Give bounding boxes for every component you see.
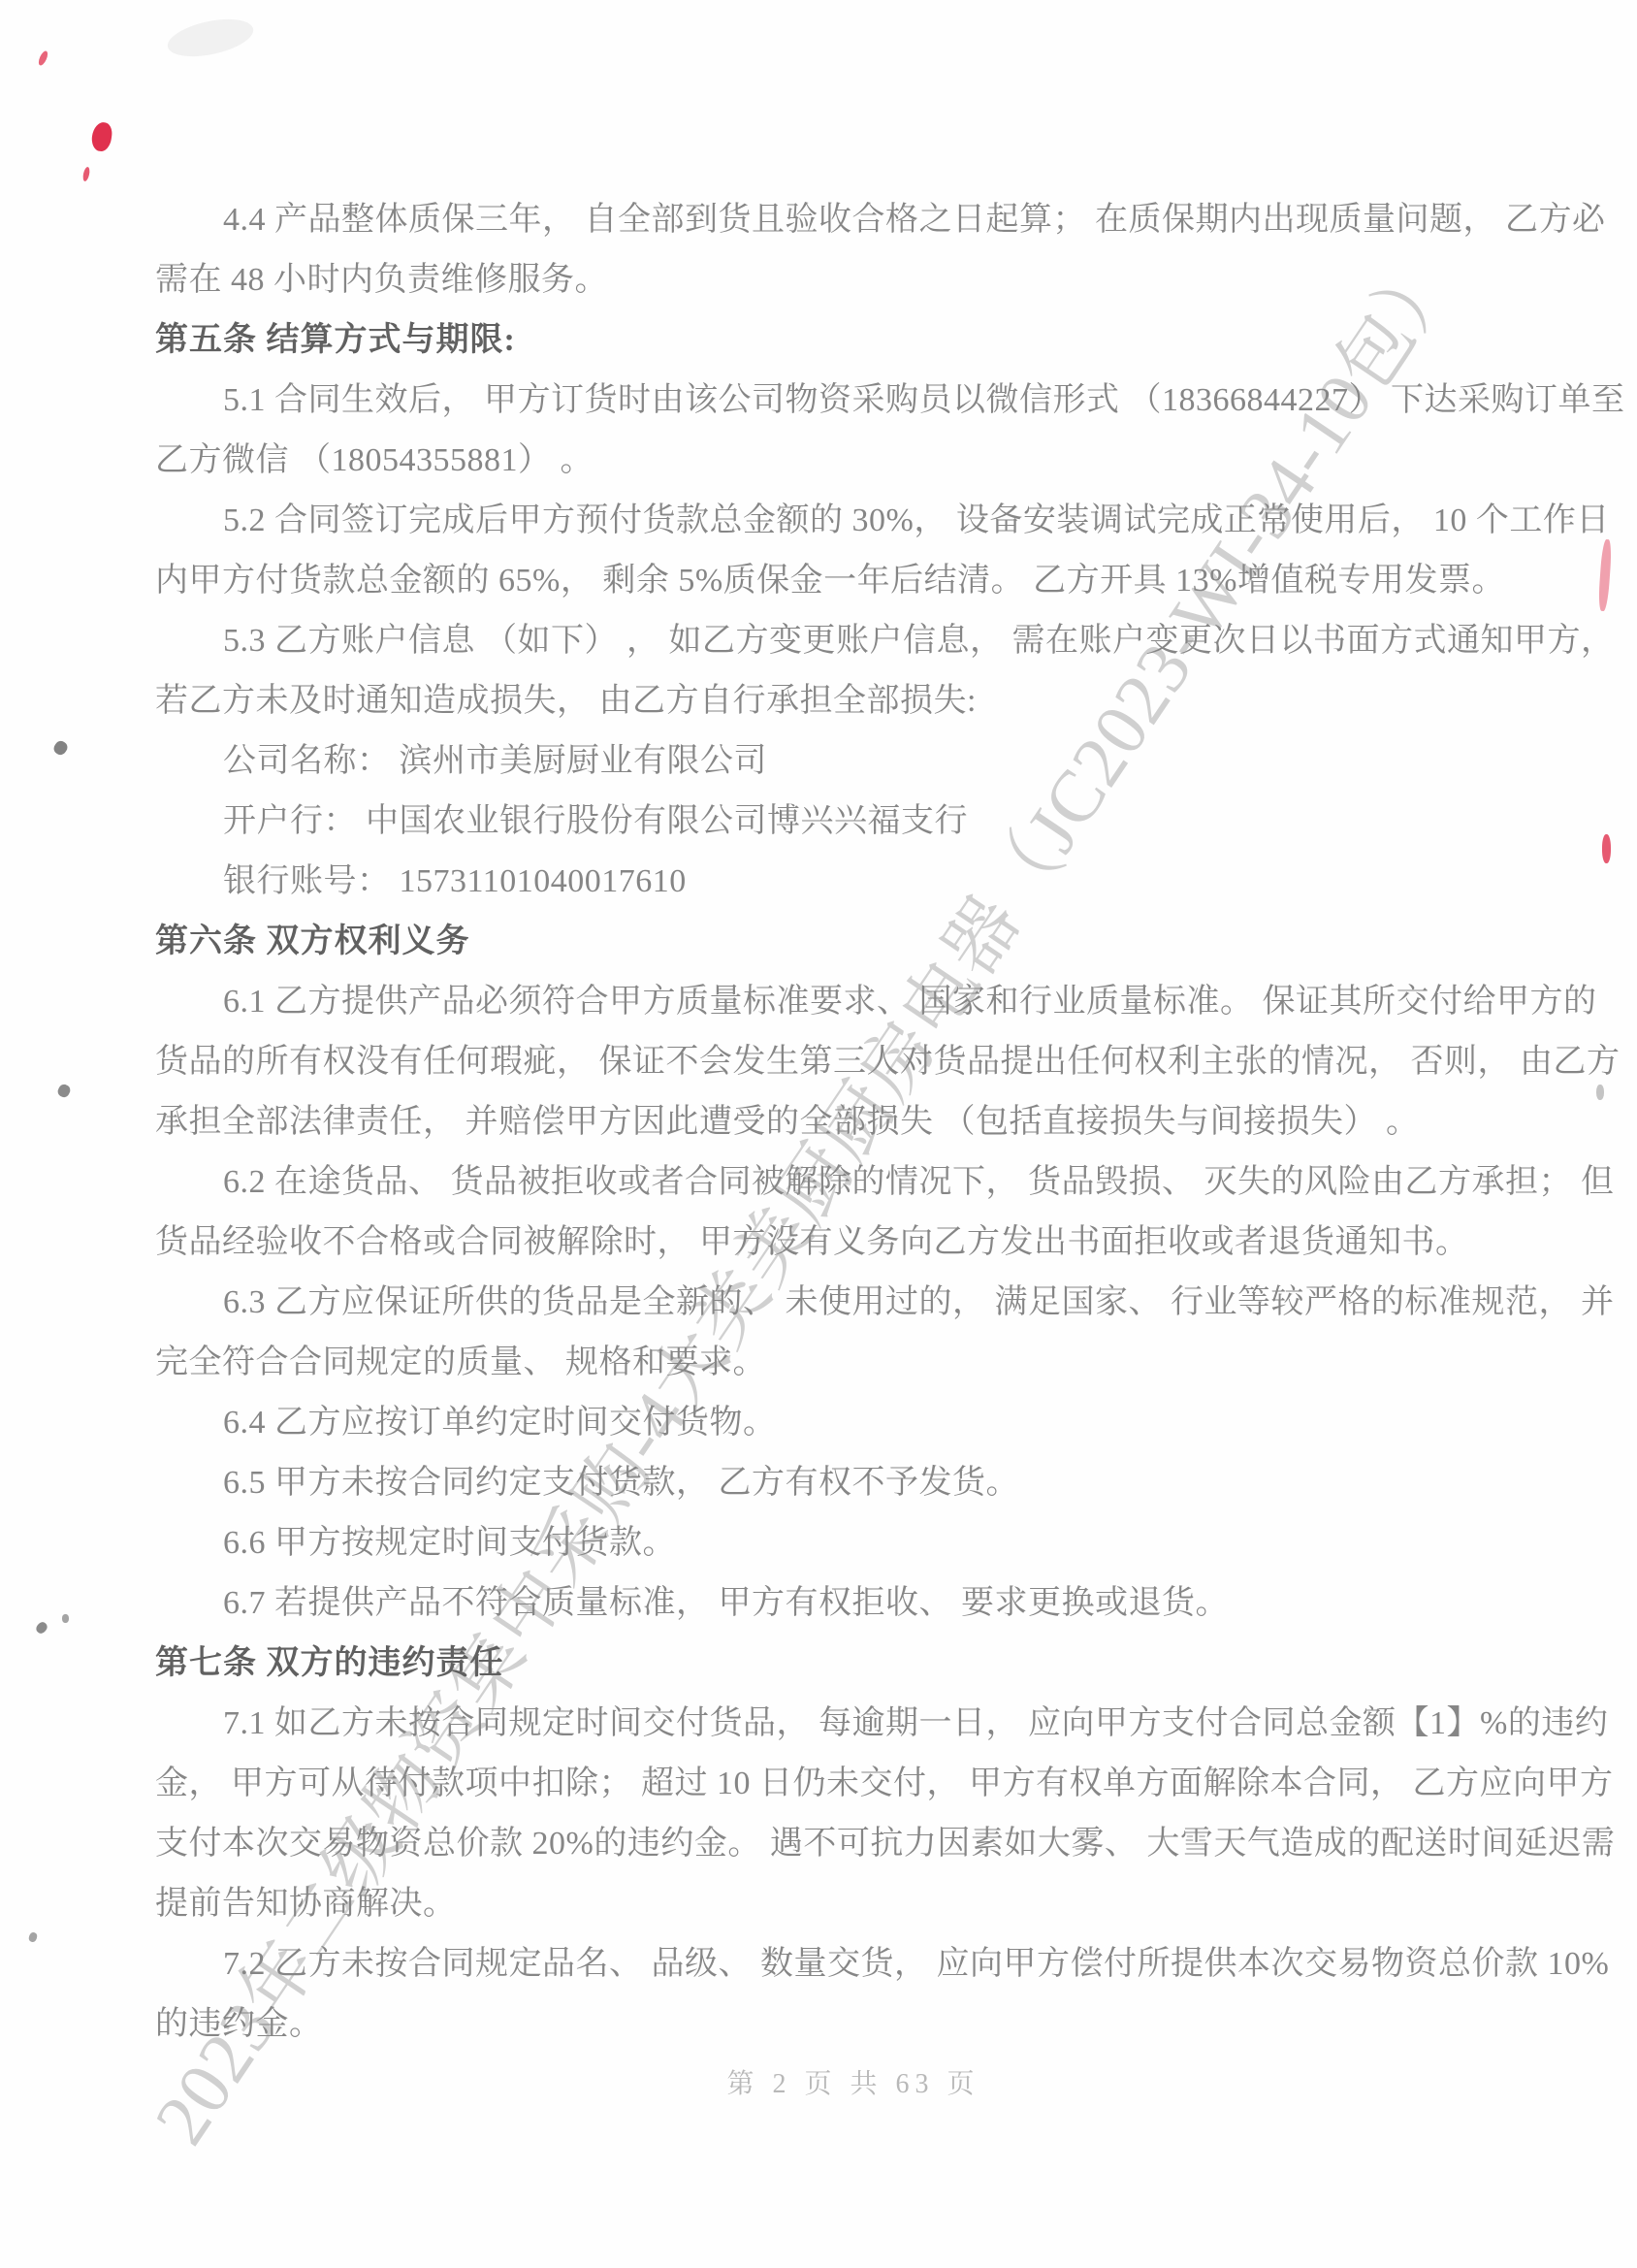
- contract-line: 6.6 甲方按规定时间支付货款。: [155, 1513, 1561, 1573]
- contract-line: 完全符合合同规定的质量、 规格和要求。: [155, 1333, 1561, 1393]
- contract-line: 若乙方未及时通知造成损失， 由乙方自行承担全部损失:: [155, 671, 1561, 731]
- scan-smudge: [164, 13, 256, 63]
- document-body: 4.4 产品整体质保三年， 自全部到货且验收合格之日起算； 在质保期内出现质量问…: [155, 190, 1561, 2055]
- contract-line: 6.3 乙方应保证所供的货品是全新的、 未使用过的， 满足国家、 行业等较严格的…: [155, 1273, 1561, 1333]
- contract-line: 5.2 合同签订完成后甲方预付货款总金额的 30%， 设备安装调试完成正常使用后…: [155, 491, 1561, 551]
- contract-line: 4.4 产品整体质保三年， 自全部到货且验收合格之日起算； 在质保期内出现质量问…: [155, 190, 1561, 250]
- section-heading: 第六条 双方权利义务: [155, 912, 1561, 972]
- contract-line: 承担全部法律责任， 并赔偿甲方因此遭受的全部损失 （包括直接损失与间接损失） 。: [155, 1092, 1561, 1152]
- contract-line: 需在 48 小时内负责维修服务。: [155, 250, 1561, 310]
- page-number-footer: 第 2 页 共 63 页: [726, 2062, 979, 2101]
- red-ink-mark: [82, 167, 91, 182]
- contract-line: 7.1 如乙方未按合同规定时间交付货品， 每逾期一日， 应向甲方支付合同总金额【…: [155, 1694, 1561, 1754]
- contract-line: 货品经验收不合格或合同被解除时， 甲方没有义务向乙方发出书面拒收或者退货通知书。: [155, 1213, 1561, 1273]
- contract-line: 开户行： 中国农业银行股份有限公司博兴兴福支行: [155, 792, 1561, 852]
- scan-speck: [62, 1614, 69, 1623]
- scan-speck: [51, 739, 70, 758]
- scan-speck: [56, 1083, 73, 1099]
- section-heading: 第五条 结算方式与期限:: [155, 310, 1561, 371]
- contract-line: 金， 甲方可从待付款项中扣除； 超过 10 日仍未交付， 甲方有权单方面解除本合…: [155, 1754, 1561, 1814]
- contract-line: 7.2 乙方未按合同规定品名、 品级、 数量交货， 应向甲方偿付所提供本次交易物…: [155, 1934, 1561, 1994]
- contract-line: 银行账号： 15731101040017610: [155, 852, 1561, 912]
- contract-line: 6.5 甲方未按合同约定支付货款， 乙方有权不予发货。: [155, 1453, 1561, 1513]
- red-ink-mark: [1602, 834, 1611, 863]
- scan-speck: [34, 1620, 48, 1636]
- scan-speck: [28, 1931, 39, 1943]
- contract-line: 内甲方付货款总金额的 65%， 剩余 5%质保金一年后结清。 乙方开具 13%增…: [155, 551, 1561, 611]
- contract-line: 6.1 乙方提供产品必须符合甲方质量标准要求、 国家和行业质量标准。 保证其所交…: [155, 972, 1561, 1032]
- contract-line: 支付本次交易物资总价款 20%的违约金。 遇不可抗力因素如大雾、 大雪天气造成的…: [155, 1814, 1561, 1874]
- red-ink-mark: [90, 121, 113, 152]
- contract-line: 提前告知协商解决。: [155, 1874, 1561, 1934]
- contract-line: 5.1 合同生效后， 甲方订货时由该公司物资采购员以微信形式 （18366844…: [155, 371, 1561, 431]
- section-heading: 第七条 双方的违约责任: [155, 1634, 1561, 1694]
- contract-line: 6.4 乙方应按订单约定时间交付货物。: [155, 1393, 1561, 1453]
- contract-line: 5.3 乙方账户信息 （如下） ， 如乙方变更账户信息， 需在账户变更次日以书面…: [155, 611, 1561, 671]
- contract-line: 公司名称： 滨州市美厨厨业有限公司: [155, 731, 1561, 792]
- contract-line: 6.2 在途货品、 货品被拒收或者合同被解除的情况下， 货品毁损、 灭失的风险由…: [155, 1152, 1561, 1213]
- contract-line: 乙方微信 （18054355881） 。: [155, 431, 1561, 491]
- scanned-contract-page: 2023年二级物资集中采购-4大类美厨厨房电器（JC2023-WI-34-10包…: [0, 0, 1637, 2268]
- red-ink-mark: [37, 49, 49, 66]
- scan-speck: [1596, 1085, 1604, 1100]
- contract-line: 货品的所有权没有任何瑕疵， 保证不会发生第三人对货品提出任何权利主张的情况， 否…: [155, 1032, 1561, 1092]
- contract-line: 的违约金。: [155, 1994, 1561, 2055]
- contract-line: 6.7 若提供产品不符合质量标准， 甲方有权拒收、 要求更换或退货。: [155, 1573, 1561, 1634]
